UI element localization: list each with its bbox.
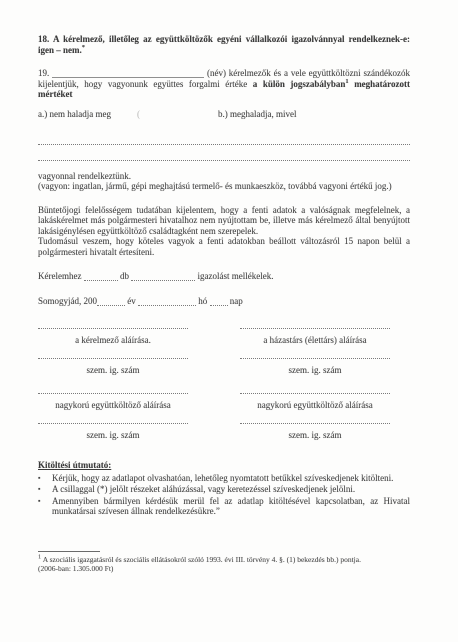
statute-footnote-ref: 1 <box>345 78 348 85</box>
write-in-line-1 <box>38 144 410 145</box>
statute-footnote: 1 A szociális igazgatásról és szociális … <box>38 551 416 573</box>
cohabitant2-signature-label: nagykorú együttköltöző aláírása <box>240 400 390 411</box>
bullet-marker: ▪ <box>38 496 52 517</box>
spouse-id-field: szem. ig. szám <box>240 358 390 376</box>
guide-item-3: ▪ Amennyiben bármilyen kérdésük merül fe… <box>38 496 410 517</box>
attachments-suffix: igazolást mellékelek. <box>197 271 273 281</box>
cohabitant2-signature-line <box>240 393 390 394</box>
date-day-fill <box>210 296 228 306</box>
question-18-footnote-mark: * <box>82 44 85 51</box>
cohabitant1-id-line <box>38 423 188 424</box>
date-year-label: év <box>127 296 136 306</box>
guide-item-2: ▪ A csillaggal (*) jelölt részeket aláhú… <box>38 484 410 495</box>
cohabitant2-id-label: szem. ig. szám <box>240 430 390 441</box>
date-place-prefix: Somogyjád, 200 <box>38 296 97 306</box>
date-day-label: nap <box>230 296 243 306</box>
scan-artifact: ( <box>137 109 140 119</box>
cohabitant1-id-label: szem. ig. szám <box>38 430 188 441</box>
guide-list: ▪ Kérjük, hogy az adatlapot olvashatóan,… <box>38 473 410 517</box>
footnote-line1: A szociális igazgatásról és szociális el… <box>43 555 361 564</box>
guide-item-2-text: A csillaggal (*) jelölt részeket aláhúzá… <box>52 484 410 495</box>
criminal-liability-declaration: Büntetőjogi felelősségem tudatában kijel… <box>38 205 410 237</box>
cohabitant2-signature-field: nagykorú együttköltöző aláírása <box>240 393 390 411</box>
date-year-fill <box>97 296 125 306</box>
footnote-separator <box>38 551 100 552</box>
spouse-signature-label: a házastárs (élettárs) aláírása <box>240 335 390 346</box>
question-19: 19. (név) kérelmezők és a vele együttköl… <box>38 68 410 100</box>
change-notice-acknowledgement: Tudomásul veszem, hogy köteles vagyok a … <box>38 236 410 257</box>
date-month-fill <box>138 296 196 306</box>
spouse-id-line <box>240 358 390 359</box>
options-row: a.) nem haladja meg( b.) meghaladja, miv… <box>38 109 410 120</box>
attachments-prefix: Kérelemhez <box>38 271 81 281</box>
write-in-line-2 <box>38 160 410 161</box>
applicant-signature-field: a kérelmező aláírása. <box>38 328 188 346</box>
cohabitant2-id-line <box>240 423 390 424</box>
cohabitant1-signature-label: nagykorú együttköltöző aláírása <box>38 400 188 411</box>
attachments-unit: db <box>120 271 129 281</box>
cohabitant1-signature-line <box>38 393 188 394</box>
signature-row-1: a kérelmező aláírása. a házastárs (élett… <box>38 328 410 346</box>
cohabitant1-id-field: szem. ig. szám <box>38 423 188 441</box>
bullet-marker: ▪ <box>38 473 52 484</box>
scanned-form-page: 18. A kérelmező, illetőleg az együttkölt… <box>0 0 458 642</box>
applicant-signature-label: a kérelmező aláírása. <box>38 335 188 346</box>
applicant-signature-line <box>38 328 188 329</box>
option-b-label: b.) meghaladja, mivel <box>218 109 296 120</box>
option-a-label: a.) nem haladja meg <box>38 109 111 119</box>
id-number-row-1: szem. ig. szám szem. ig. szám <box>38 358 410 376</box>
cohabitant1-signature-field: nagykorú együttköltöző aláírása <box>38 393 188 411</box>
signature-row-2: nagykorú együttköltöző aláírása nagykorú… <box>38 393 410 411</box>
attachments-count-fill <box>84 271 118 281</box>
question-18-text: 18. A kérelmező, illetőleg az együttkölt… <box>38 34 410 55</box>
date-month-label: hó <box>198 296 207 306</box>
spouse-id-label: szem. ig. szám <box>240 365 390 376</box>
guide-item-1-text: Kérjük, hogy az adatlapot olvashatóan, l… <box>52 473 410 484</box>
date-line: Somogyjád, 200 év hó nap <box>38 296 410 307</box>
attachments-type-fill <box>131 271 195 281</box>
question-18: 18. A kérelmező, illetőleg az együttkölt… <box>38 34 410 55</box>
spouse-signature-line <box>240 328 390 329</box>
spouse-signature-field: a házastárs (élettárs) aláírása <box>240 328 390 346</box>
question-19-number: 19. <box>38 68 49 78</box>
footnote-text: 1 A szociális igazgatásról és szociális … <box>38 555 416 573</box>
cohabitant2-id-field: szem. ig. szám <box>240 423 390 441</box>
attachments-line: Kérelemhez db igazolást mellékelek. <box>38 271 410 282</box>
applicant-id-field: szem. ig. szám <box>38 358 188 376</box>
footnote-line2: (2006-ban: 1.305.000 Ft) <box>38 564 113 573</box>
name-fill-in-line <box>52 68 204 78</box>
assets-definition-note: (vagyon: ingatlan, jármű, gépi meghajtás… <box>38 181 410 192</box>
guide-item-1: ▪ Kérjük, hogy az adatlapot olvashatóan,… <box>38 473 410 484</box>
id-number-row-2: szem. ig. szám szem. ig. szám <box>38 423 410 441</box>
guide-heading: Kitöltési útmutató: <box>38 460 410 471</box>
footnote-marker: 1 <box>38 554 41 561</box>
question-19-bold1: a külön jogszabályban <box>253 79 346 89</box>
assets-conclusion: vagyonnal rendelkeztünk. <box>38 171 410 182</box>
guide-item-3-text: Amennyiben bármilyen kérdésük merül fel … <box>52 496 410 517</box>
applicant-id-label: szem. ig. szám <box>38 365 188 376</box>
applicant-id-line <box>38 358 188 359</box>
bullet-marker: ▪ <box>38 484 52 495</box>
